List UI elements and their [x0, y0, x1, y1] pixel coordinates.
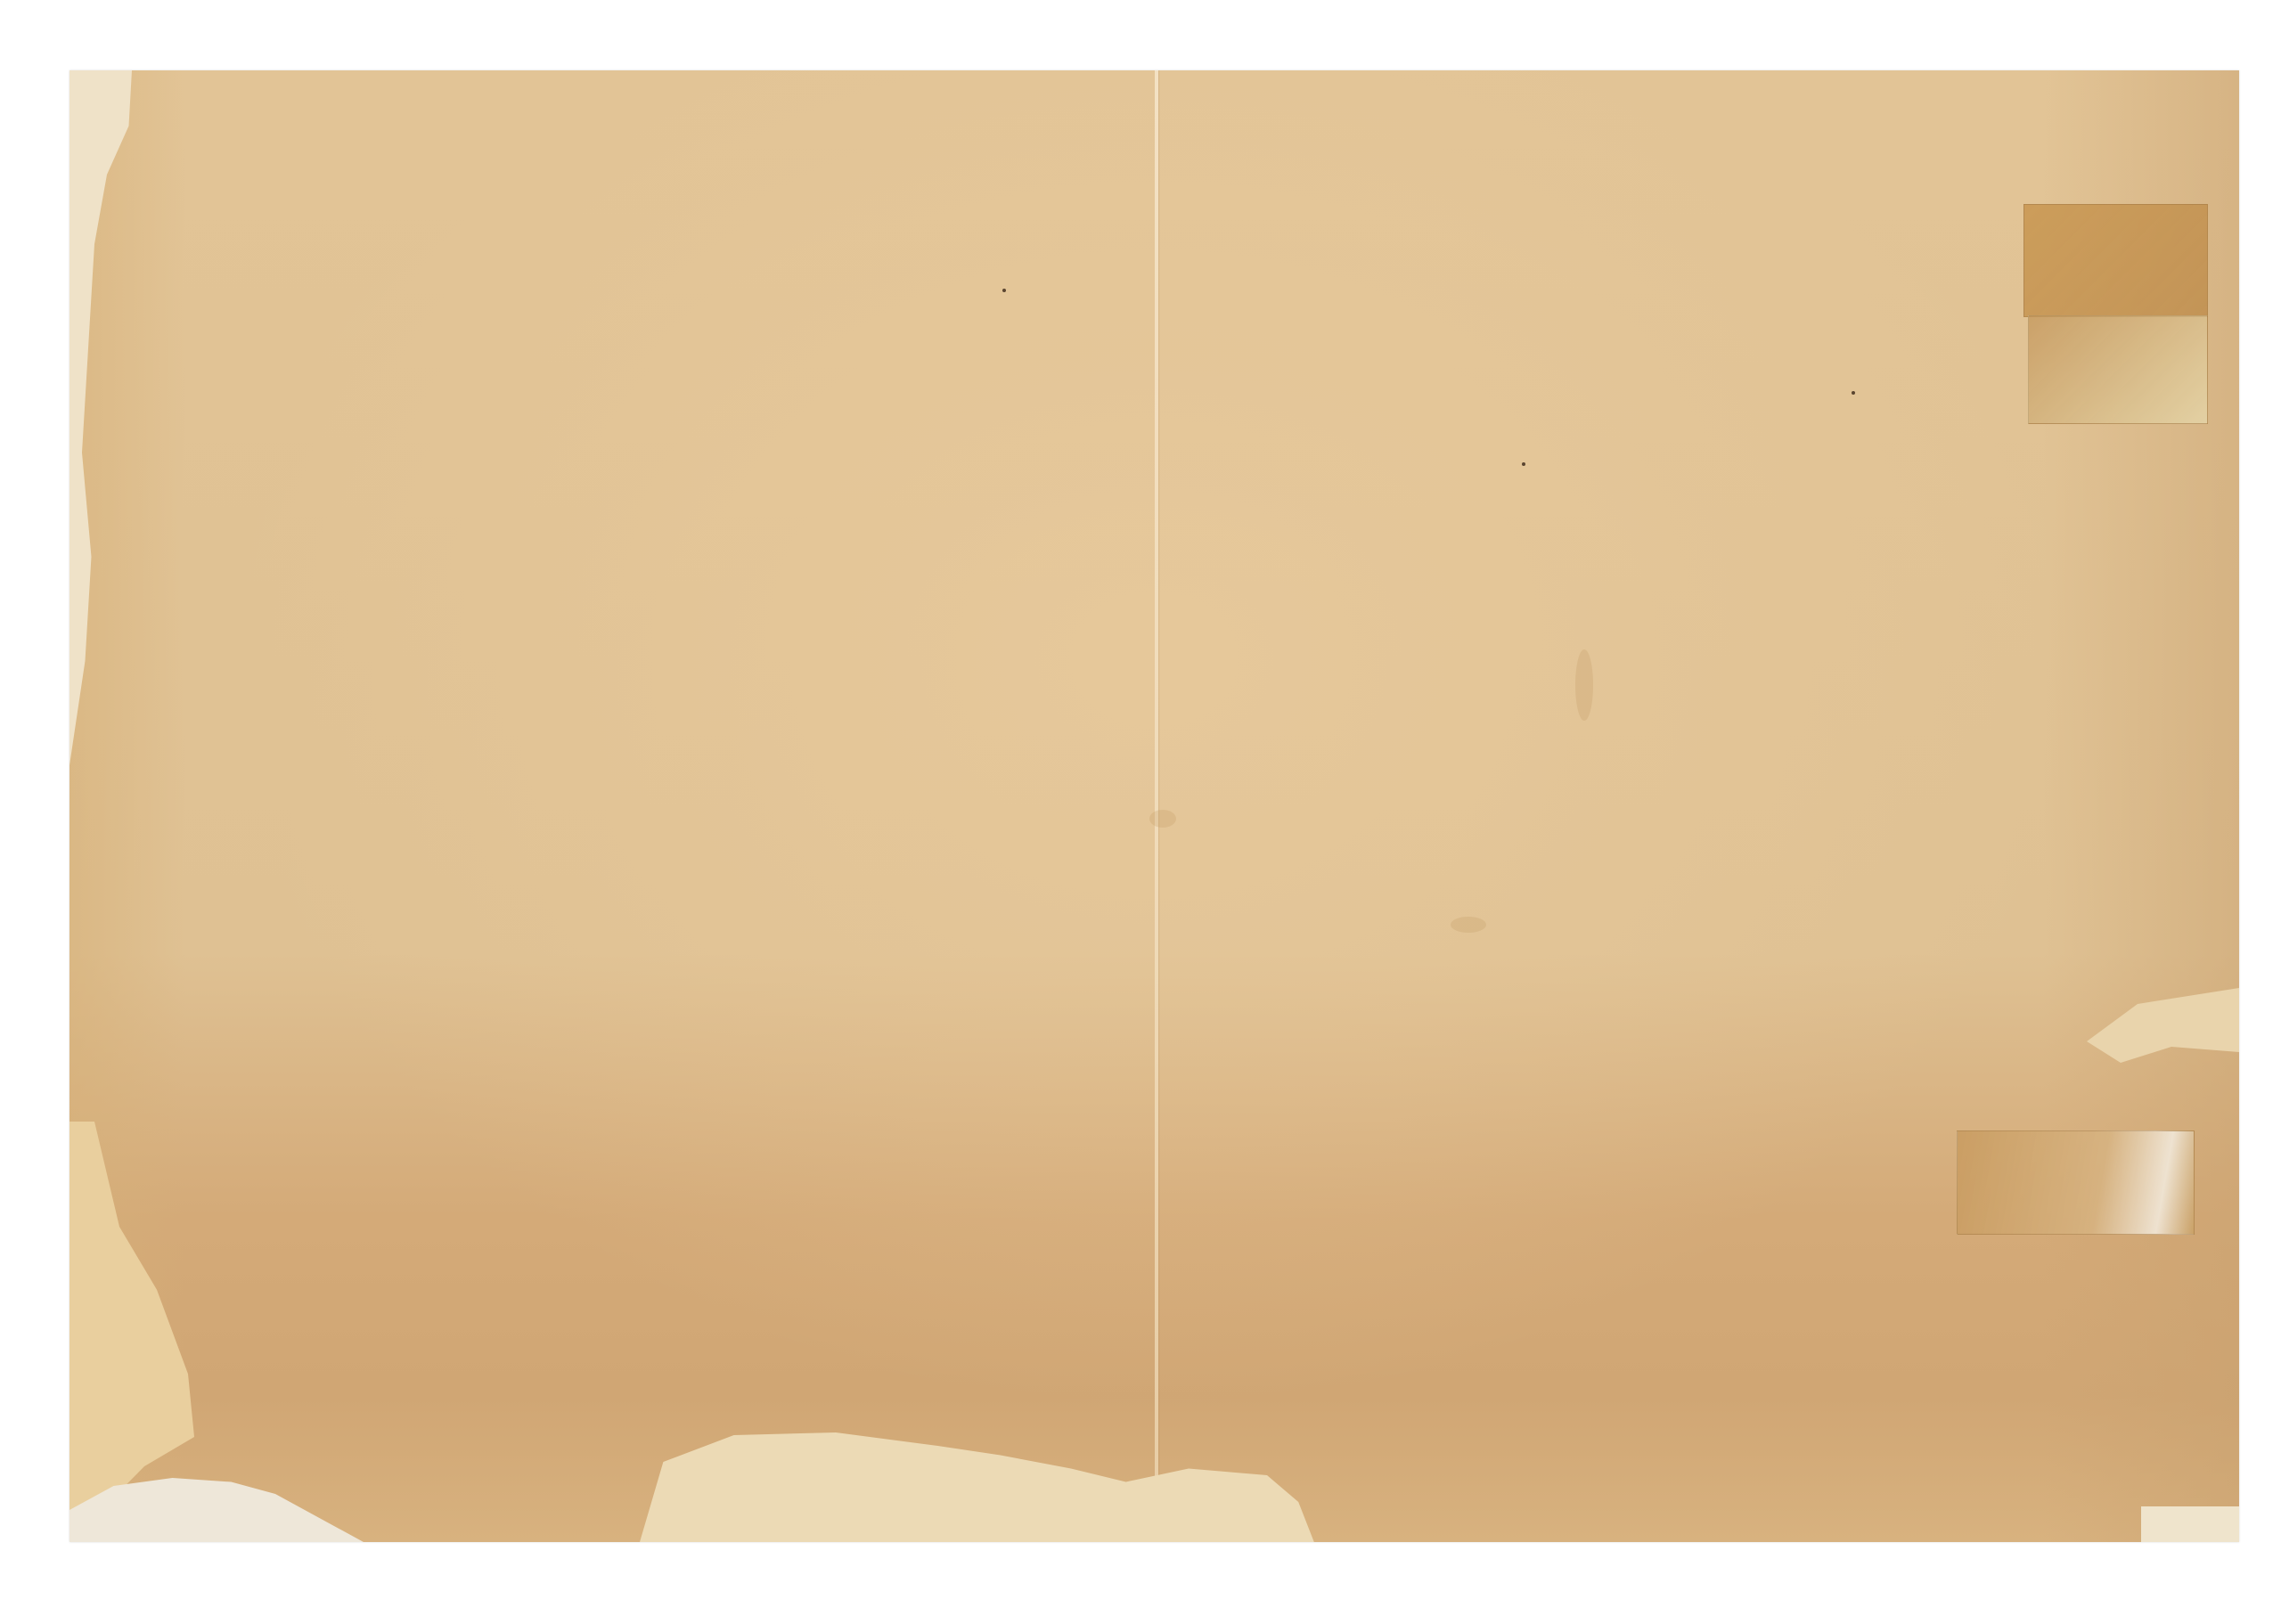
stain — [1149, 810, 1176, 828]
speck — [1002, 289, 1006, 292]
tape-strip-top-lower — [2028, 315, 2208, 424]
torn-bottom-center — [640, 1408, 1424, 1542]
tape-strip-top-upper — [2023, 204, 2208, 317]
photo-canvas — [0, 0, 2281, 1624]
torn-bottom-right-corner — [2141, 1506, 2239, 1542]
stain — [1575, 649, 1593, 721]
speck — [1522, 462, 1525, 466]
speck — [1852, 391, 1855, 395]
tape-strip-bottom — [1957, 1130, 2195, 1235]
stain — [1451, 917, 1486, 933]
paper-sheet — [69, 70, 2239, 1542]
vertical-fold-line — [1155, 70, 1158, 1542]
